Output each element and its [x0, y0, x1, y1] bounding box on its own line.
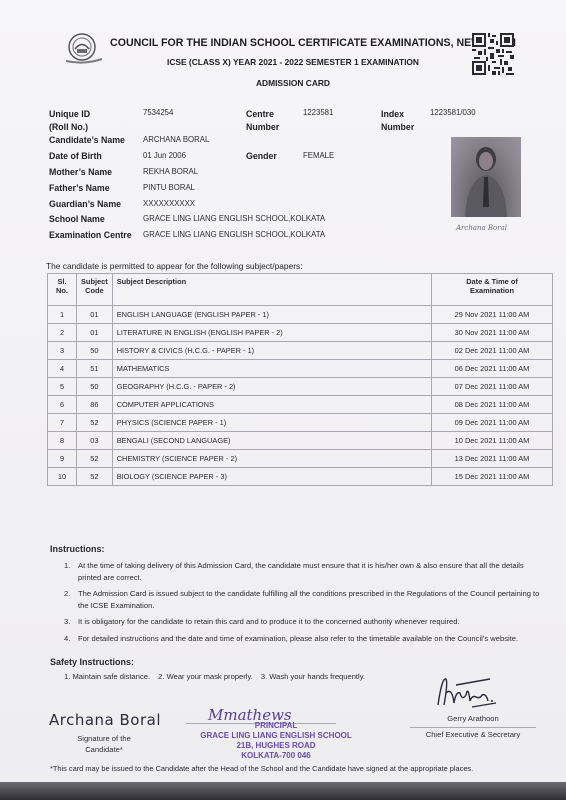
cell-date-time: 29 Nov 2021 11:00 AM: [432, 306, 553, 324]
cell-date-time: 10 Dec 2021 11:00 AM: [432, 432, 553, 450]
table-row: 752PHYSICS (SCIENCE PAPER - 1)09 Dec 202…: [48, 414, 553, 432]
cell-date-time: 30 Nov 2021 11:00 AM: [432, 324, 553, 342]
cell-sl-no: 1: [48, 306, 77, 324]
ceo-title: Chief Executive & Secretary: [400, 730, 546, 739]
cell-sl-no: 2: [48, 324, 77, 342]
cell-sl-no: 4: [48, 360, 77, 378]
cell-date-time: 06 Dec 2021 11:00 AM: [432, 360, 553, 378]
table-row: 101ENGLISH LANGUAGE (ENGLISH PAPER - 1)2…: [48, 306, 553, 324]
cell-sl-no: 10: [48, 468, 77, 486]
index-number-label: Index Number: [381, 108, 414, 134]
subjects-table: Sl.No. SubjectCode Subject Description D…: [47, 273, 553, 486]
father-name-label: Father’s Name: [49, 183, 110, 193]
centre-number-label: Centre Number: [246, 108, 279, 134]
table-header-row: Sl.No. SubjectCode Subject Description D…: [48, 274, 553, 306]
footnote: *This card may be issued to the Candidat…: [50, 764, 473, 773]
mother-name-label: Mother’s Name: [49, 167, 112, 177]
exam-centre-label: Examination Centre: [49, 230, 132, 240]
cell-subject-code: 86: [77, 396, 113, 414]
table-row: 686COMPUTER APPLICATIONS08 Dec 2021 11:0…: [48, 396, 553, 414]
safety-title: Safety Instructions:: [50, 657, 134, 667]
instruction-number: 1.: [64, 560, 78, 583]
cell-subject-code: 52: [77, 468, 113, 486]
instruction-text: At the time of taking delivery of this A…: [78, 560, 544, 583]
header-date-time: Date & Time ofExamination: [432, 274, 553, 306]
table-row: 952CHEMISTRY (SCIENCE PAPER - 2)13 Dec 2…: [48, 450, 553, 468]
instruction-text: It is obligatory for the candidate to re…: [78, 616, 460, 628]
cell-date-time: 08 Dec 2021 11:00 AM: [432, 396, 553, 414]
instruction-number: 3.: [64, 616, 78, 628]
instruction-item: 1.At the time of taking delivery of this…: [64, 560, 544, 583]
exam-centre-value: GRACE LING LIANG ENGLISH SCHOOL,KOLKATA: [143, 230, 325, 239]
cell-subject-description: PHYSICS (SCIENCE PAPER - 1): [112, 414, 431, 432]
centre-number-value: 1223581: [303, 108, 333, 117]
unique-id-label: Unique ID (Roll No.): [49, 108, 90, 134]
dob-label: Date of Birth: [49, 151, 102, 161]
unique-id-value: 7534254: [143, 108, 173, 117]
instruction-text: For detailed instructions and the date a…: [78, 633, 518, 645]
ceo-signature-line: [410, 727, 536, 728]
cell-subject-description: COMPUTER APPLICATIONS: [112, 396, 431, 414]
table-row: 1052BIOLOGY (SCIENCE PAPER - 3)15 Dec 20…: [48, 468, 553, 486]
table-row: 550GEOGRAPHY (H.C.G. - PAPER - 2)07 Dec …: [48, 378, 553, 396]
cell-subject-description: ENGLISH LANGUAGE (ENGLISH PAPER - 1): [112, 306, 431, 324]
instruction-item: 4.For detailed instructions and the date…: [64, 633, 544, 645]
cell-date-time: 07 Dec 2021 11:00 AM: [432, 378, 553, 396]
cell-date-time: 15 Dec 2021 11:00 AM: [432, 468, 553, 486]
admission-card: COUNCIL FOR THE INDIAN SCHOOL CERTIFICAT…: [0, 0, 566, 782]
scan-edge: [0, 782, 566, 800]
cell-subject-description: MATHEMATICS: [112, 360, 431, 378]
cell-subject-code: 03: [77, 432, 113, 450]
father-name-value: PINTU BORAL: [143, 183, 195, 192]
ceo-name: Gerry Arathoon: [410, 714, 536, 723]
candidate-name-label: Candidate’s Name: [49, 135, 125, 145]
cell-subject-code: 50: [77, 342, 113, 360]
cell-subject-description: LITERATURE IN ENGLISH (ENGLISH PAPER - 2…: [112, 324, 431, 342]
guardian-name-label: Guardian’s Name: [49, 199, 121, 209]
cell-subject-description: BENGALI (SECOND LANGUAGE): [112, 432, 431, 450]
school-name-value: GRACE LING LIANG ENGLISH SCHOOL,KOLKATA: [143, 214, 325, 223]
cell-date-time: 13 Dec 2021 11:00 AM: [432, 450, 553, 468]
cell-subject-description: CHEMISTRY (SCIENCE PAPER - 2): [112, 450, 431, 468]
safety-list: 1. Maintain safe distance.2. Wear your m…: [64, 672, 373, 681]
cell-subject-description: BIOLOGY (SCIENCE PAPER - 3): [112, 468, 431, 486]
cell-subject-description: GEOGRAPHY (H.C.G. - PAPER - 2): [112, 378, 431, 396]
candidate-signature-label: Signature of the Candidate*: [56, 733, 152, 755]
candidate-name-value: ARCHANA BORAL: [143, 135, 209, 144]
safety-item: 1. Maintain safe distance.: [64, 672, 150, 681]
cell-subject-code: 01: [77, 306, 113, 324]
candidate-photo: [451, 137, 521, 217]
header-subject-description: Subject Description: [112, 274, 431, 306]
cell-subject-code: 01: [77, 324, 113, 342]
qr-code-icon: [472, 33, 514, 75]
cell-sl-no: 6: [48, 396, 77, 414]
table-row: 350HISTORY & CIVICS (H.C.G. - PAPER - 1)…: [48, 342, 553, 360]
header-subject-code: SubjectCode: [77, 274, 113, 306]
guardian-name-value: XXXXXXXXXX: [143, 199, 195, 208]
instructions-title: Instructions:: [50, 544, 105, 554]
cell-date-time: 02 Dec 2021 11:00 AM: [432, 342, 553, 360]
instruction-item: 2.The Admission Card is issued subject t…: [64, 588, 544, 611]
cell-sl-no: 8: [48, 432, 77, 450]
table-row: 451MATHEMATICS06 Dec 2021 11:00 AM: [48, 360, 553, 378]
cell-subject-code: 52: [77, 450, 113, 468]
safety-item: 3. Wash your hands frequently.: [261, 672, 365, 681]
gender-label: Gender: [246, 151, 277, 161]
school-stamp: PRINCIPAL GRACE LING LIANG ENGLISH SCHOO…: [176, 721, 376, 761]
cell-subject-code: 50: [77, 378, 113, 396]
header-sl-no: Sl.No.: [48, 274, 77, 306]
index-number-value: 1223581/030: [430, 108, 476, 117]
cell-subject-code: 52: [77, 414, 113, 432]
subjects-intro: The candidate is permitted to appear for…: [46, 261, 303, 271]
cell-subject-code: 51: [77, 360, 113, 378]
mother-name-value: REKHA BORAL: [143, 167, 198, 176]
instruction-number: 2.: [64, 588, 78, 611]
cell-sl-no: 3: [48, 342, 77, 360]
cell-sl-no: 5: [48, 378, 77, 396]
cell-sl-no: 9: [48, 450, 77, 468]
photo-signature: Archana Boral: [456, 224, 507, 232]
candidate-signature: Archana Boral: [49, 711, 161, 729]
cell-date-time: 09 Dec 2021 11:00 AM: [432, 414, 553, 432]
instruction-number: 4.: [64, 633, 78, 645]
safety-item: 2. Wear your mask properly.: [158, 672, 253, 681]
instructions-list: 1.At the time of taking delivery of this…: [64, 560, 544, 649]
table-row: 803BENGALI (SECOND LANGUAGE)10 Dec 2021 …: [48, 432, 553, 450]
cell-sl-no: 7: [48, 414, 77, 432]
table-row: 201LITERATURE IN ENGLISH (ENGLISH PAPER …: [48, 324, 553, 342]
cell-subject-description: HISTORY & CIVICS (H.C.G. - PAPER - 1): [112, 342, 431, 360]
instruction-item: 3.It is obligatory for the candidate to …: [64, 616, 544, 628]
school-name-label: School Name: [49, 214, 105, 224]
dob-value: 01 Jun 2006: [143, 151, 186, 160]
card-title: ADMISSION CARD: [10, 78, 566, 88]
ceo-signature: [432, 673, 502, 711]
instruction-text: The Admission Card is issued subject to …: [78, 588, 544, 611]
gender-value: FEMALE: [303, 151, 334, 160]
